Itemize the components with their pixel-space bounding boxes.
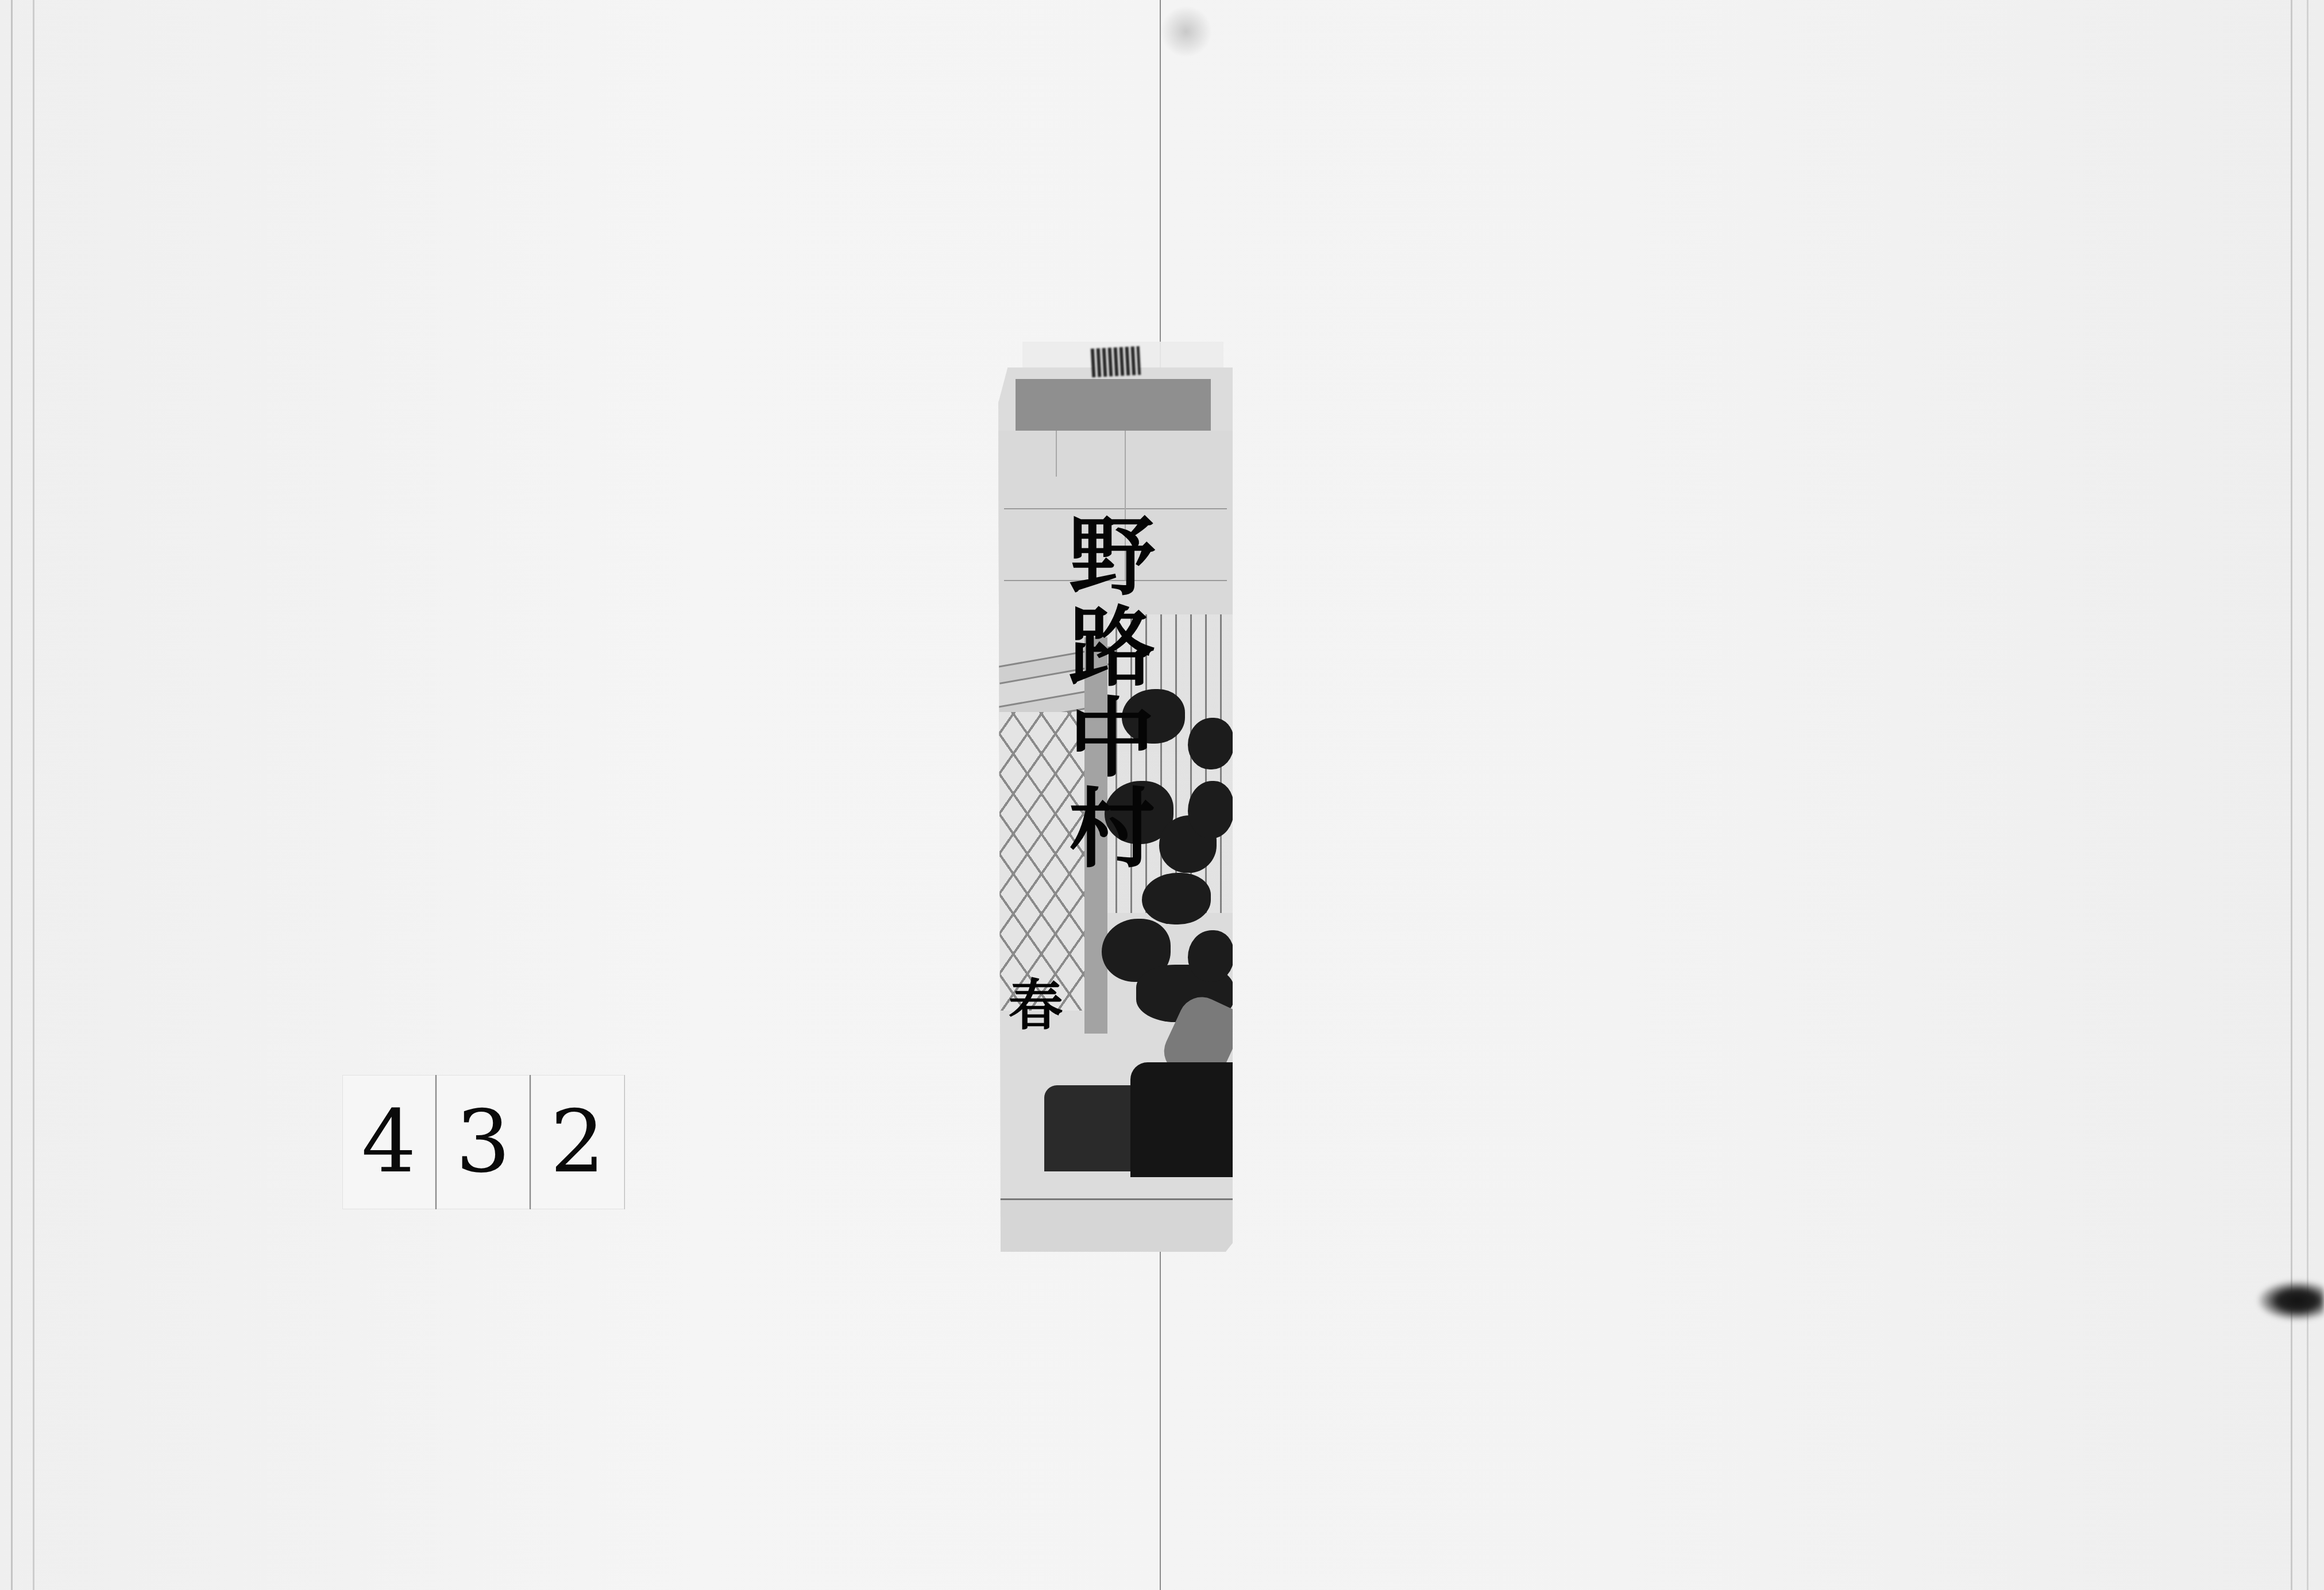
artwork-strip: 野路中村 春 (998, 367, 1233, 1252)
vine-leaf (1188, 781, 1233, 838)
vine-leaf (1188, 718, 1233, 769)
rock (1130, 1062, 1233, 1177)
top-band (1016, 379, 1211, 431)
tag-digit: 4 (342, 1075, 437, 1209)
tag-digit: 3 (437, 1075, 531, 1209)
catalog-number-tag: 4 3 2 (342, 1075, 632, 1209)
collector-seal (1091, 346, 1141, 377)
tag-digit: 2 (531, 1075, 625, 1209)
left-edge-line-inner (33, 0, 34, 1590)
crease (1056, 431, 1057, 477)
ink-smudge (2257, 1280, 2324, 1321)
top-smudge (1160, 6, 1212, 57)
left-edge-line (11, 0, 13, 1590)
right-edge-line (2307, 0, 2308, 1590)
calligraphy-signature: 春 (1004, 976, 1059, 1033)
bottom-band (998, 1198, 1233, 1252)
calligraphy-title: 野路中村 (1061, 511, 1148, 874)
vine-leaf (1142, 873, 1211, 924)
right-edge-line-inner (2291, 0, 2292, 1590)
crease (1004, 508, 1227, 509)
pine-foliage (1188, 930, 1233, 982)
